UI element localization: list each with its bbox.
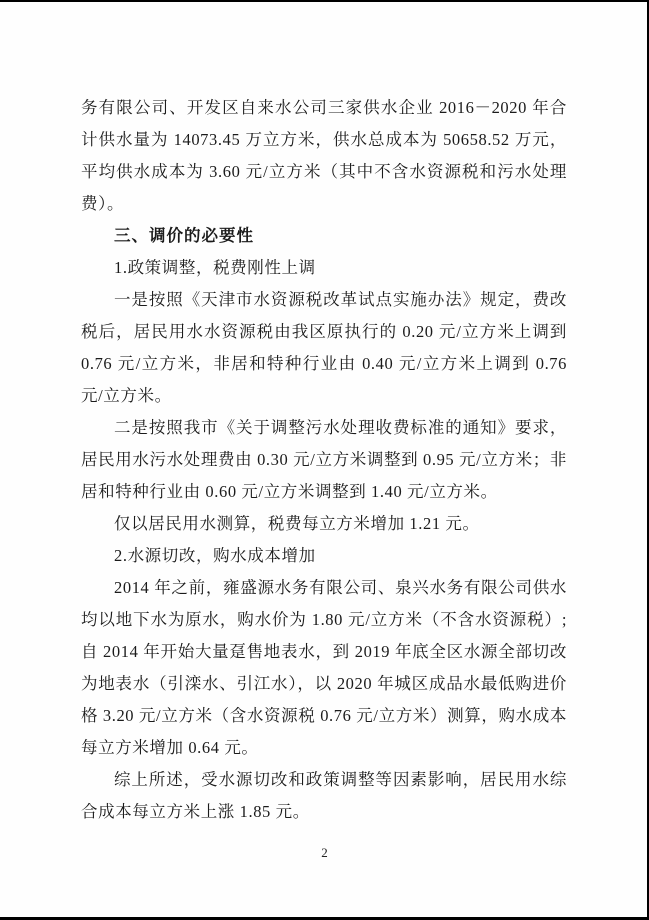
scan-border-top	[0, 0, 649, 2]
paragraph: 2.水源切改，购水成本增加	[81, 540, 567, 572]
document-body: 务有限公司、开发区自来水公司三家供水企业 2016－2020 年合计供水量为 1…	[81, 92, 567, 828]
paragraph: 2014 年之前，雍盛源水务有限公司、泉兴水务有限公司供水均以地下水为原水，购水…	[81, 572, 567, 764]
paragraph: 一是按照《天津市水资源税改革试点实施办法》规定，费改税后，居民用水水资源税由我区…	[81, 284, 567, 412]
paragraph: 综上所述，受水源切改和政策调整等因素影响，居民用水综合成本每立方米上涨 1.85…	[81, 764, 567, 828]
paragraph: 务有限公司、开发区自来水公司三家供水企业 2016－2020 年合计供水量为 1…	[81, 92, 567, 220]
paragraph: 仅以居民用水测算，税费每立方米增加 1.21 元。	[81, 508, 567, 540]
paragraph: 1.政策调整，税费刚性上调	[81, 252, 567, 284]
document-page: 务有限公司、开发区自来水公司三家供水企业 2016－2020 年合计供水量为 1…	[0, 0, 649, 920]
page-number: 2	[0, 845, 649, 861]
paragraph: 二是按照我市《关于调整污水处理收费标准的通知》要求，居民用水污水处理费由 0.3…	[81, 412, 567, 508]
section-heading: 三、调价的必要性	[81, 220, 567, 252]
